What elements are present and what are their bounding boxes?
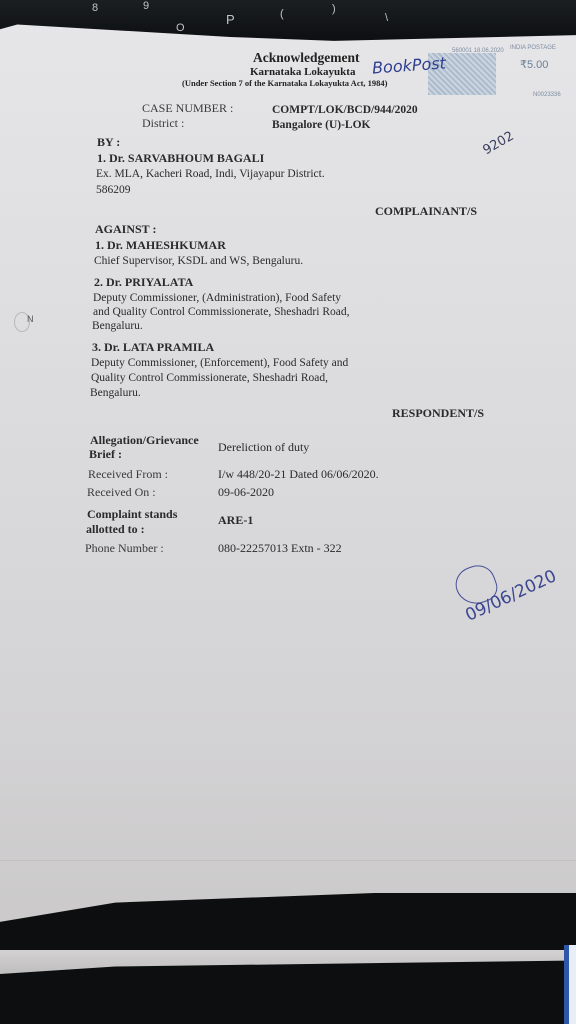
respondent-designation: Quality Control Commissionerate, Sheshad… — [91, 372, 328, 384]
allegation-value: Dereliction of duty — [218, 440, 309, 455]
margin-mark: N — [27, 314, 34, 324]
allotted-label: Complaint stands — [87, 507, 177, 522]
allotted-to-value: ARE-1 — [218, 513, 253, 528]
received-on-value: 09-06-2020 — [218, 485, 274, 500]
stamp-code-date: 560001 18.06.2020 — [452, 48, 504, 54]
key-label: 9 — [143, 0, 149, 12]
district-label: District : — [142, 116, 184, 131]
white-object-edge — [569, 945, 576, 1024]
act-reference: (Under Section 7 of the Karnataka Lokayu… — [182, 78, 388, 88]
respondent-designation: Chief Supervisor, KSDL and WS, Bengaluru… — [94, 255, 303, 267]
allegation-label-line2: Brief : — [89, 447, 122, 462]
phone-label: Phone Number : — [85, 541, 164, 556]
complainant-role: COMPLAINANT/S — [375, 204, 477, 219]
against-label: AGAINST : — [95, 222, 156, 237]
stamp-value: ₹5.00 — [520, 58, 548, 71]
key-label: ( — [280, 8, 284, 20]
district-value: Bangalore (U)-LOK — [272, 119, 371, 131]
key-label: \ — [385, 12, 388, 24]
allegation-label: Allegation/Grievance — [90, 433, 199, 448]
allotted-label-line2: allotted to : — [86, 522, 145, 537]
respondent-designation: Bengaluru. — [92, 320, 143, 332]
complainant-address: Ex. MLA, Kacheri Road, Indi, Vijayapur D… — [96, 168, 325, 180]
document-title: Acknowledgement — [253, 50, 360, 66]
key-label: P — [226, 12, 235, 27]
received-from-value: I/w 448/20-21 Dated 06/06/2020. — [218, 467, 379, 482]
respondent-name: 3. Dr. LATA PRAMILA — [92, 340, 214, 355]
case-number-label: CASE NUMBER : — [142, 101, 233, 116]
respondent-designation: Deputy Commissioner, (Enforcement), Food… — [91, 357, 348, 369]
key-label: O — [176, 22, 185, 34]
respondent-name: 2. Dr. PRIYALATA — [94, 275, 193, 290]
respondent-designation: Bengaluru. — [90, 387, 141, 399]
received-on-label: Received On : — [87, 485, 156, 500]
by-label: BY : — [97, 135, 120, 150]
key-label: ) — [332, 3, 336, 15]
respondent-designation: and Quality Control Commissionerate, She… — [93, 306, 349, 318]
case-number: COMPT/LOK/BCD/944/2020 — [272, 104, 418, 116]
complainant-name: 1. Dr. SARVABHOUM BAGALI — [97, 151, 264, 166]
key-label: 8 — [92, 2, 98, 14]
phone-value: 080-22257013 Extn - 322 — [218, 541, 342, 556]
respondent-role: RESPONDENT/S — [392, 406, 484, 421]
lower-sheet-edge — [0, 950, 576, 980]
complainant-pincode: 586209 — [96, 184, 131, 196]
organization-name: Karnataka Lokayukta — [250, 66, 355, 78]
respondent-name: 1. Dr. MAHESHKUMAR — [95, 238, 226, 253]
stamp-serial: N0023336 — [533, 92, 561, 98]
received-from-label: Received From : — [88, 467, 168, 482]
paper-fold — [0, 860, 576, 861]
respondent-designation: Deputy Commissioner, (Administration), F… — [93, 292, 341, 304]
stamp-label: INDIA POSTAGE — [510, 45, 556, 51]
